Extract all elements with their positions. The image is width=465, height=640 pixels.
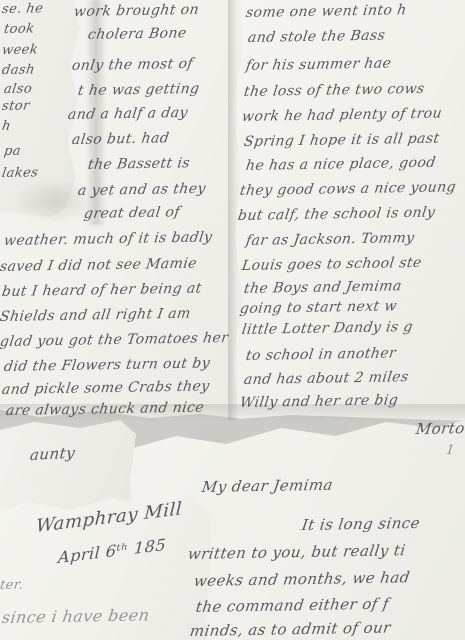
handwriting-line: little Lotter Dandy is g — [241, 319, 414, 338]
handwriting-line: dash — [1, 62, 36, 78]
handwriting-line: Shields and all right I am — [0, 306, 192, 325]
handwriting-line: also but. had — [71, 130, 170, 148]
handwriting-line: lakes — [1, 165, 39, 181]
handwriting-line: going to start next w — [239, 298, 398, 317]
handwriting-line: and stole the Bass — [247, 28, 386, 46]
handwriting-line: for his summer hae — [245, 55, 393, 74]
handwriting-line: Willy and her are big — [239, 392, 399, 411]
handwriting-line: to school in another — [245, 345, 397, 364]
letter-scan: se. he took week dash also stor h pa lak… — [0, 0, 465, 640]
handwriting-line: se. he — [1, 1, 44, 17]
scrap-word: aunty — [29, 444, 76, 464]
handwriting-line: the Boys and Jemima — [243, 278, 403, 297]
handwriting-line: since i have been — [1, 605, 151, 627]
handwriting-line: great deal of — [83, 204, 181, 222]
handwriting-line: t he was getting — [77, 81, 201, 99]
handwriting-line: It is long since — [301, 514, 422, 534]
edge-fragment: ter. — [0, 578, 25, 593]
handwriting-line: week — [1, 42, 39, 58]
handwriting-line: the loss of the two cows — [243, 81, 426, 100]
handwriting-line: the Bassett is — [87, 155, 191, 173]
handwriting-line: and a half a day — [67, 105, 189, 123]
handwriting-line: far as Jackson. Tommy — [245, 230, 416, 249]
handwriting-line: the command either of f — [195, 595, 391, 616]
handwriting-line: some one went into h — [245, 2, 408, 21]
handwriting-line: cholera Bone — [87, 25, 188, 43]
handwriting-line: took — [3, 21, 36, 37]
handwriting-line: a yet and as they — [77, 181, 207, 199]
letter-salutation: My dear Jemima — [201, 476, 335, 496]
handwriting-line: also — [3, 82, 33, 97]
handwriting-line: written to you, but really ti — [187, 541, 407, 563]
handwriting-line: are always chuck and nice — [5, 400, 205, 419]
handwriting-line: minds, as to admit of our — [189, 619, 392, 640]
handwriting-line: only the most of — [71, 56, 194, 74]
handwriting-line: work brought on — [73, 2, 200, 20]
handwriting-line: pa — [3, 144, 22, 159]
handwriting-line: he has a nice place, good — [245, 155, 437, 174]
handwriting-line: Louis goes to school ste — [241, 255, 423, 274]
letter-place: Morton — [415, 419, 465, 438]
handwriting-line: weeks and months, we had — [193, 568, 411, 590]
handwriting-line: stor — [1, 99, 31, 114]
handwriting-line: and has about 2 miles — [243, 369, 410, 388]
